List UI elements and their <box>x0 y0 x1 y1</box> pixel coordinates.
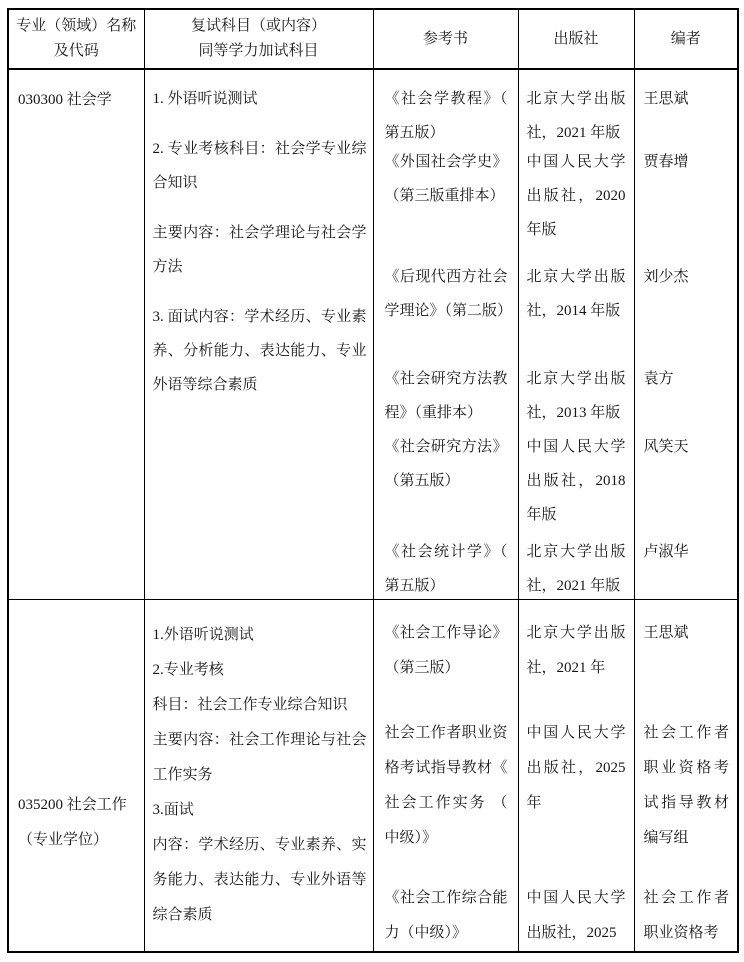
book-title: 《社会统计学》（第五版） <box>385 535 508 595</box>
major-cell: 030300 社会学 <box>8 69 144 599</box>
editor-entry: 社会工作者职业资格考试指导教材编写组 <box>644 716 730 881</box>
header-subjects: 复试科目（或内容） 同等学力加试科目 <box>144 9 373 69</box>
table-row-sociology: 030300 社会学 1. 外语听说测试 2. 专业考核科目：社会学专业综合知识… <box>8 69 738 599</box>
editor-cell: 王思斌 贾春增 刘少杰 袁方 风笑天 卢淑华 <box>634 69 738 599</box>
subject-item: 2.专业考核 <box>153 653 367 688</box>
editor-entry: 社会工作者职业资格考 <box>644 881 730 951</box>
subject-item: 1. 外语听说测试 <box>153 82 367 116</box>
major-code: 030300 社会学 <box>18 83 136 118</box>
publisher-entry: 中国人民大学出版社，2025 年 <box>527 716 626 881</box>
admission-subjects-table: 专业（领域）名称 及代码 复试科目（或内容） 同等学力加试科目 参考书 出版社 … <box>7 8 739 953</box>
header-editor: 编者 <box>634 9 738 69</box>
book-title: 《社会工作导论》（第三版） <box>385 616 508 716</box>
editor-entry: 王思斌 <box>644 616 730 716</box>
header-publisher: 出版社 <box>518 9 634 69</box>
subject-item: 3. 面试内容：学术经历、专业素养、分析能力、表达能力、专业外语等综合素质 <box>153 300 367 402</box>
subjects-cell: 1. 外语听说测试 2. 专业考核科目：社会学专业综合知识 主要内容：社会学理论… <box>144 69 373 599</box>
major-cell: 035200 社会工作 （专业学位） <box>8 599 144 952</box>
editor-entry: 贾春增 <box>644 145 730 260</box>
editor-entry: 风笑天 <box>644 430 730 535</box>
subject-item: 主要内容：社会学理论与社会学方法 <box>153 216 367 284</box>
publisher-entry: 北京大学出版社，2013 年版 <box>527 362 626 430</box>
book-title: 《社会研究方法》（第五版） <box>385 430 508 535</box>
book-title: 社会工作者职业资格考试指导教材《社会工作实务 （中级）》 <box>385 716 508 881</box>
subject-item: 主要内容：社会工作理论与社会工作实务 <box>153 723 367 793</box>
publisher-entry: 中国人民大学出版社，2025 <box>527 881 626 951</box>
editor-entry: 王思斌 <box>644 82 730 145</box>
editor-entry: 卢淑华 <box>644 535 730 595</box>
publisher-entry: 北京大学出版社，2021 年版 <box>527 535 626 595</box>
book-title: 《社会学教程》（第五版） <box>385 82 508 145</box>
table-row-social-work: 035200 社会工作 （专业学位） 1.外语听说测试 2.专业考核 科目：社会… <box>8 599 738 952</box>
header-row: 专业（领域）名称 及代码 复试科目（或内容） 同等学力加试科目 参考书 出版社 … <box>8 9 738 69</box>
book-title: 《社会工作综合能力（中级）》 <box>385 881 508 951</box>
books-cell: 《社会工作导论》（第三版） 社会工作者职业资格考试指导教材《社会工作实务 （中级… <box>373 599 518 952</box>
editor-cell: 王思斌 社会工作者职业资格考试指导教材编写组 社会工作者职业资格考 <box>634 599 738 952</box>
subject-item: 1.外语听说测试 <box>153 618 367 653</box>
major-code: 035200 社会工作 （专业学位） <box>18 788 136 858</box>
publisher-entry: 北京大学出版社，2021 年 <box>527 616 626 716</box>
book-title: 《外国社会学史》（第三版重排本） <box>385 145 508 260</box>
subject-item: 3.面试 <box>153 793 367 828</box>
subject-item: 内容：学术经历、专业素养、实务能力、表达能力、专业外语等综合素质 <box>153 828 367 933</box>
subjects-cell: 1.外语听说测试 2.专业考核 科目：社会工作专业综合知识 主要内容：社会工作理… <box>144 599 373 952</box>
book-title: 《社会研究方法教程》（重排本） <box>385 362 508 430</box>
header-major: 专业（领域）名称 及代码 <box>8 9 144 69</box>
document-page: 专业（领域）名称 及代码 复试科目（或内容） 同等学力加试科目 参考书 出版社 … <box>0 0 744 962</box>
header-books: 参考书 <box>373 9 518 69</box>
publisher-cell: 北京大学出版社，2021 年版 中国人民大学出版社，2020 年版 北京大学出版… <box>518 69 634 599</box>
publisher-entry: 北京大学出版社，2014 年版 <box>527 260 626 362</box>
publisher-entry: 中国人民大学出版社，2018 年版 <box>527 430 626 535</box>
subject-item: 科目：社会工作专业综合知识 <box>153 688 367 723</box>
editor-entry: 刘少杰 <box>644 260 730 362</box>
books-cell: 《社会学教程》（第五版） 《外国社会学史》（第三版重排本） 《后现代西方社会学理… <box>373 69 518 599</box>
publisher-cell: 北京大学出版社，2021 年 中国人民大学出版社，2025 年 中国人民大学出版… <box>518 599 634 952</box>
book-title: 《后现代西方社会学理论》（第二版） <box>385 260 508 362</box>
publisher-entry: 中国人民大学出版社，2020 年版 <box>527 145 626 260</box>
subject-item: 2. 专业考核科目：社会学专业综合知识 <box>153 132 367 200</box>
editor-entry: 袁方 <box>644 362 730 430</box>
publisher-entry: 北京大学出版社，2021 年版 <box>527 82 626 145</box>
